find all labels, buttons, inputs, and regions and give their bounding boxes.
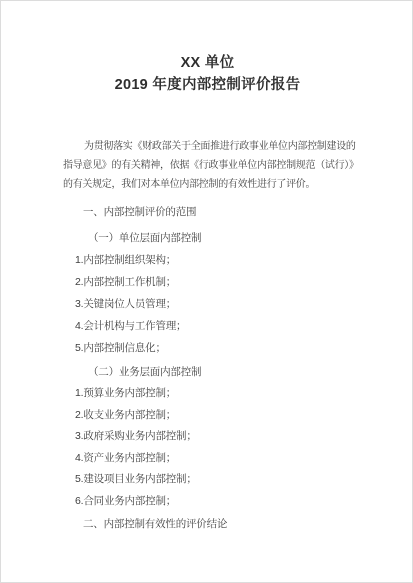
unit-level-item-3: 3.关键岗位人员管理； <box>63 293 352 315</box>
document-page: XX 单位 2019 年度内部控制评价报告 为贯彻落实《财政部关于全面推进行政事… <box>0 0 413 583</box>
report-title-line-2: 2019 年度内部控制评价报告 <box>63 74 352 96</box>
business-level-item-4: 4.资产业务内部控制； <box>63 448 352 470</box>
report-title-line-1: XX 单位 <box>63 52 352 74</box>
intro-line-1: 为贯彻落实《财政部关于全面推进行政事业单位内部控制建设的 <box>63 137 352 156</box>
intro-line-3: 的有关规定，我们对本单位内部控制的有效性进行了评价。 <box>63 175 352 194</box>
outline-section: 一、内部控制评价的范围 （一）单位层面内部控制 1.内部控制组织架构； 2.内部… <box>63 202 352 535</box>
business-level-item-3: 3.政府采购业务内部控制； <box>63 426 352 448</box>
unit-level-item-2: 2.内部控制工作机制； <box>63 271 352 293</box>
business-level-item-2: 2.收支业务内部控制； <box>63 405 352 427</box>
section-2-heading: 二、内部控制有效性的评价结论 <box>63 514 352 535</box>
unit-level-item-4: 4.会计机构与工作管理； <box>63 315 352 337</box>
subsection-1-2-heading: （二）业务层面内部控制 <box>63 362 352 383</box>
unit-level-item-5: 5.内部控制信息化； <box>63 337 352 359</box>
section-1-heading: 一、内部控制评价的范围 <box>63 202 352 223</box>
business-level-item-5: 5.建设项目业务内部控制； <box>63 469 352 491</box>
document-content: XX 单位 2019 年度内部控制评价报告 为贯彻落实《财政部关于全面推进行政事… <box>1 1 412 535</box>
business-level-item-1: 1.预算业务内部控制； <box>63 383 352 405</box>
subsection-1-1-heading: （一）单位层面内部控制 <box>63 228 352 249</box>
unit-level-item-1: 1.内部控制组织架构； <box>63 249 352 271</box>
intro-paragraph: 为贯彻落实《财政部关于全面推进行政事业单位内部控制建设的 指导意见》的有关精神，… <box>63 137 352 194</box>
business-level-group: （二）业务层面内部控制 1.预算业务内部控制； 2.收支业务内部控制； 3.政府… <box>63 362 352 512</box>
business-level-item-6: 6.合同业务内部控制； <box>63 491 352 513</box>
intro-line-2: 指导意见》的有关精神，依据《行政事业单位内部控制规范（试行）》 <box>63 156 352 175</box>
